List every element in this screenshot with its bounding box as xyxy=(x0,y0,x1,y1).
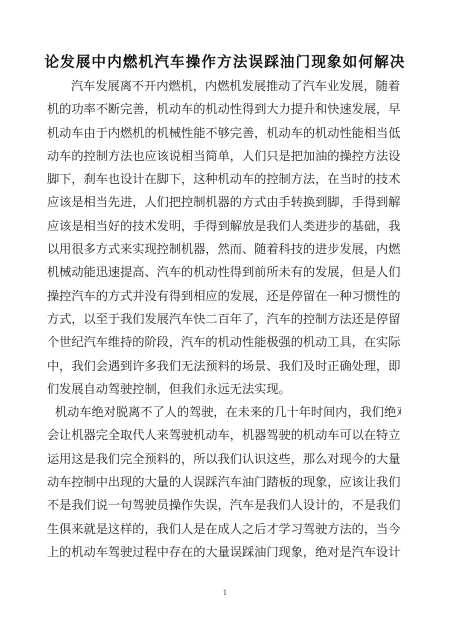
document-body: 汽车发展离不开内燃机，内燃机发展推动了汽车业发展，随着内燃 机的功率不断完善，机… xyxy=(47,75,401,564)
text-line: 不是我们说一句驾驶员操作失误，汽车是我们人设计的，不是我们人与 xyxy=(47,494,401,517)
text-line: 操控汽车的方式并没有得到相应的发展，还是停留在一种习惯性的思维 xyxy=(47,285,401,308)
text-line: 中，我们会遇到许多我们无法预料的场景、我们及时正确处理，即使我 xyxy=(47,355,401,378)
text-line: 上的机动车驾驶过程中存在的大量误踩油门现象，绝对是汽车设计缺陷， xyxy=(47,541,401,564)
text-line: 机的功率不断完善，机动车的机动性得到大力提升和快速发展，早期的 xyxy=(47,98,401,121)
paragraph-2: 机动车绝对脱离不了人的驾驶，在未来的几十年时间内，我们绝对不 会让机器完全取代人… xyxy=(47,401,401,564)
document-title: 论发展中内燃机汽车操作方法误踩油门现象如何解决 xyxy=(0,53,450,73)
text-line: 运用这是我们完全预料的，所以我们认识这些，那么对现今的大量的机 xyxy=(47,448,401,471)
text-line: 会让机器完全取代人来驾驶机动车，机器驾驶的机动车可以在特立场景 xyxy=(47,424,401,447)
text-line: 脚下，刹车也设计在脚下，这种机动车的控制方法，在当时的技术时代 xyxy=(47,168,401,191)
document-page: 论发展中内燃机汽车操作方法误踩油门现象如何解决 汽车发展离不开内燃机，内燃机发展… xyxy=(0,0,450,637)
text-line: 机动车由于内燃机的机械性能不够完善，机动车的机动性能相当低，机 xyxy=(47,122,401,145)
text-line: 动车控制中出现的大量的人误踩汽车油门踏板的现象，应该让我们重视， xyxy=(47,471,401,494)
text-line: 汽车发展离不开内燃机，内燃机发展推动了汽车业发展，随着内燃 xyxy=(47,75,401,98)
paragraph-1: 汽车发展离不开内燃机，内燃机发展推动了汽车业发展，随着内燃 机的功率不断完善，机… xyxy=(47,75,401,401)
text-line: 机动车绝对脱离不了人的驾驶，在未来的几十年时间内，我们绝对不 xyxy=(47,401,401,424)
text-line: 应该是相当好的技术发明，手得到解放是我们人类进步的基础，我们可 xyxy=(47,215,401,238)
text-line: 动车的控制方法也应该说相当简单，人们只是把加油的操控方法设计在 xyxy=(47,145,401,168)
text-line: 机械动能迅速提高、汽车的机动性得到前所未有的发展，但是人们控制 xyxy=(47,261,401,284)
page-number: 1 xyxy=(0,589,450,597)
text-line: 们发展自动驾驶控制，但我们永远无法实现。 xyxy=(47,378,401,401)
text-line: 以用很多方式来实现控制机器，然而、随着科技的进步发展，内燃机的 xyxy=(47,238,401,261)
text-line: 生俱来就是这样的，我们人是在成人之后才学习驾驶方法的，当今社会 xyxy=(47,518,401,541)
text-line: 方式，以至于我们发展汽车快二百年了，汽车的控制方法还是停留在上 xyxy=(47,308,401,331)
text-line: 个世纪汽车维持的阶段，汽车的机动性能极强的机动工具，在实际控制 xyxy=(47,331,401,354)
text-line: 应该是相当先进，人们把控制机器的方式由手转换到脚，手得到解放， xyxy=(47,191,401,214)
